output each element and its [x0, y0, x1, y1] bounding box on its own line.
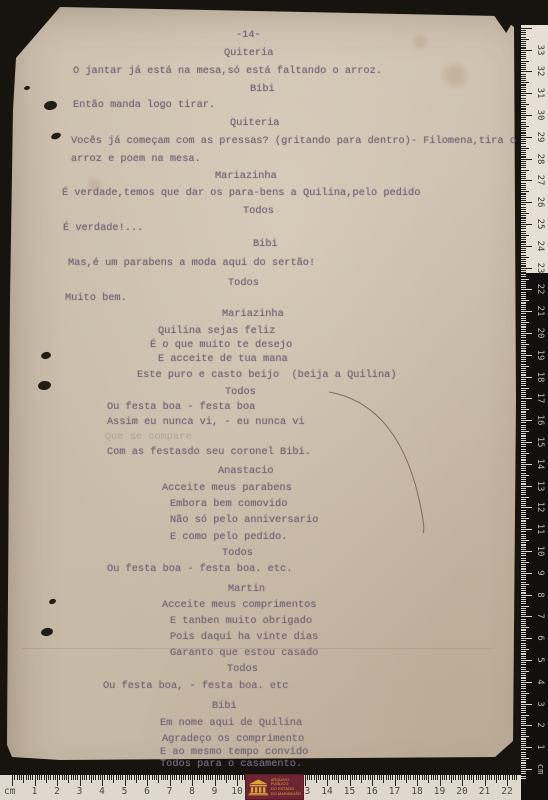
ruler-tick [521, 686, 526, 687]
ruler-tick [521, 662, 526, 663]
ruler-number: 20 [535, 328, 545, 339]
ruler-tick [521, 228, 526, 229]
ruler-tick [242, 775, 243, 780]
ruler-tick [521, 512, 526, 513]
ruler-tick [521, 342, 526, 343]
verse-line: Todos para o casamento. [160, 758, 302, 770]
ruler-tick [491, 775, 492, 780]
ruler-tick [521, 723, 526, 724]
ruler-tick [521, 640, 526, 641]
ruler-tick [521, 346, 526, 347]
ruler-tick [521, 159, 532, 160]
ruler-tick [521, 124, 526, 125]
ruler-tick [102, 775, 103, 786]
ruler-tick [521, 483, 526, 484]
ruler-tick [37, 775, 38, 780]
ruler-tick [521, 246, 532, 247]
ruler-tick [521, 56, 526, 57]
ruler-tick [453, 775, 454, 780]
ruler-tick [521, 588, 526, 589]
ruler-tick [521, 217, 526, 218]
ruler-number: 21 [535, 306, 545, 317]
ruler-tick [521, 451, 526, 452]
character-cue: Bibi [250, 83, 275, 95]
ruler-tick [228, 775, 229, 780]
verse-line: Embora bem comovido [170, 498, 287, 510]
ruler-number: 19 [434, 786, 445, 797]
ruler-tick [521, 257, 529, 258]
ruler-tick [419, 775, 420, 780]
ruler-tick [521, 239, 526, 240]
ruler-tick [521, 688, 526, 689]
verse-line: Acceite meus comprimentos [162, 599, 316, 611]
ruler-tick [521, 660, 532, 661]
ruler-number: 10 [535, 546, 545, 557]
ruler-tick [521, 538, 526, 539]
ruler-tick [365, 775, 366, 780]
ruler-tick [521, 562, 529, 563]
ruler-tick [507, 775, 508, 786]
ruler-tick [521, 279, 529, 280]
ruler-tick [521, 74, 526, 75]
ruler-tick [498, 775, 499, 780]
ruler-tick [521, 407, 526, 408]
ruler-tick [521, 329, 526, 330]
ruler-tick [323, 775, 324, 780]
ruler-tick [442, 775, 443, 780]
ruler-tick [233, 775, 234, 780]
ruler-tick [521, 320, 526, 321]
ruler-tick [154, 775, 155, 780]
ruler-tick [75, 775, 76, 780]
ruler-tick [521, 422, 526, 423]
ruler-tick [215, 775, 216, 786]
ruler-tick [521, 156, 526, 157]
ruler-tick [521, 449, 526, 450]
ruler-number: 26 [535, 197, 545, 208]
ruler-tick [521, 202, 532, 203]
verse-line: E acceite de tua mana [158, 353, 288, 365]
ruler-tick [462, 775, 463, 786]
ruler-tick [521, 235, 529, 236]
ruler-tick [224, 775, 225, 780]
ruler-tick [521, 773, 526, 774]
ruler-tick [521, 621, 526, 622]
ruler-tick [521, 507, 532, 508]
ruler-tick [521, 514, 526, 515]
ruler-tick [350, 775, 351, 786]
ruler-tick [521, 161, 526, 162]
ruler-tick [521, 492, 526, 493]
ruler-tick [305, 775, 306, 786]
ruler-tick [521, 473, 526, 474]
verse-line: Ou festa boa, - festa boa. etc [103, 680, 288, 692]
verse-line: Garanto que estou casado [170, 647, 318, 659]
ruler-tick [521, 244, 526, 245]
ruler-tick [521, 215, 526, 216]
ruler-tick [521, 760, 526, 761]
ruler-tick [521, 268, 532, 269]
ruler-tick [521, 71, 532, 72]
ruler-tick [361, 775, 362, 783]
ruler-number: 33 [535, 44, 545, 55]
ruler-tick [359, 775, 360, 780]
ruler-tick [521, 627, 529, 628]
ruler-number: 6 [144, 786, 150, 797]
ruler-tick [521, 176, 526, 177]
ruler-tick [521, 503, 526, 504]
ruler-tick [521, 324, 526, 325]
ruler-tick [59, 775, 60, 780]
ruler-tick [521, 510, 526, 511]
ruler-tick [521, 597, 526, 598]
ruler-tick [521, 667, 526, 668]
ruler-tick [521, 93, 532, 94]
ruler-number: 15 [344, 786, 355, 797]
ruler-tick [521, 490, 526, 491]
ruler-number: 8 [189, 786, 195, 797]
ruler-tick [122, 775, 123, 780]
ruler-tick [354, 775, 355, 780]
ruler-number: 4 [99, 786, 105, 797]
ruler-tick [521, 706, 526, 707]
ruler-tick [521, 379, 526, 380]
character-cue: Bibi [212, 700, 237, 712]
ruler-tick [433, 775, 434, 780]
ruler-tick [521, 738, 526, 739]
ruler-tick [496, 775, 497, 783]
ruler-tick [188, 775, 189, 780]
ruler-tick [521, 220, 526, 221]
ruler-tick [521, 647, 526, 648]
ruler-tick [521, 141, 526, 142]
ruler-tick [145, 775, 146, 780]
ruler-tick [379, 775, 380, 780]
ruler-tick [521, 117, 526, 118]
ruler-tick [455, 775, 456, 780]
ruler-tick [172, 775, 173, 780]
ruler-tick [521, 710, 526, 711]
ruler-tick [521, 427, 526, 428]
ruler-tick [521, 355, 532, 356]
ruler-tick [521, 322, 529, 323]
ruler-tick [521, 30, 526, 31]
ruler-tick [521, 69, 526, 70]
ruler-tick [91, 775, 92, 783]
ruler-tick [217, 775, 218, 780]
ruler-tick [521, 612, 526, 613]
ruler-tick [131, 775, 132, 780]
ruler-tick [521, 204, 526, 205]
ruler-tick [521, 767, 526, 768]
ruler-tick [48, 775, 49, 780]
ruler-tick [521, 610, 526, 611]
ruler-tick [210, 775, 211, 780]
verse-line: Este puro e casto beijo (beija a Quilina… [137, 369, 397, 381]
dialogue-line: Vocês já começam com as pressas? (gritan… [71, 135, 516, 147]
ruler-tick [194, 775, 195, 780]
ruler-tick [73, 775, 74, 780]
ruler-tick [521, 505, 526, 506]
ruler-tick [521, 669, 526, 670]
ruler-tick [404, 775, 405, 780]
ruler-tick [521, 525, 526, 526]
verse-line: Quilina sejas feliz [158, 325, 275, 337]
ruler-tick [521, 429, 526, 430]
ruler-tick [521, 374, 526, 375]
ruler-tick [521, 745, 526, 746]
ruler-tick [521, 111, 526, 112]
ruler-tick [521, 420, 532, 421]
ruler-tick [521, 331, 526, 332]
ruler-tick [478, 775, 479, 780]
ruler-tick [521, 209, 526, 210]
ruler-tick [46, 775, 47, 783]
ruler-tick [521, 178, 526, 179]
ruler-tick [377, 775, 378, 780]
ruler-tick [521, 614, 526, 615]
dialogue-line: Muito bem. [65, 292, 127, 304]
character-cue: Todos [243, 205, 274, 217]
ruler-tick [521, 741, 526, 742]
ruler-tick [86, 775, 87, 780]
ruler-tick [521, 398, 532, 399]
ruler-tick [237, 775, 238, 786]
ruler-tick [521, 104, 529, 105]
ruler-tick [521, 778, 526, 779]
ruler-number: 18 [535, 371, 545, 382]
ruler-tick [460, 775, 461, 780]
ruler-tick [521, 302, 526, 303]
ruler-tick [521, 272, 526, 273]
ruler-tick [521, 348, 526, 349]
ruler-number: 21 [479, 786, 490, 797]
ruler-tick [345, 775, 346, 780]
ruler-tick [71, 775, 72, 780]
verse-line: Com as festasdo seu coronel Bibi. [107, 446, 311, 458]
ruler-tick [431, 775, 432, 780]
ruler-tick [521, 747, 532, 748]
ruler-tick [521, 453, 529, 454]
character-cue: Mariazinha [215, 170, 277, 182]
ruler-tick [521, 189, 526, 190]
ruler-tick [521, 191, 529, 192]
ruler-number: 24 [535, 240, 545, 251]
ruler-tick [521, 664, 526, 665]
ruler-tick [521, 28, 532, 29]
ruler-number: 8 [535, 592, 545, 597]
ruler-tick [129, 775, 130, 780]
ruler-tick [521, 634, 526, 635]
ruler-tick [521, 479, 526, 480]
ruler-tick [140, 775, 141, 780]
ruler-tick [521, 183, 526, 184]
ruler-tick [521, 61, 529, 62]
ruler-tick [381, 775, 382, 780]
ruler-tick [17, 775, 18, 780]
ruler-tick [521, 401, 526, 402]
ruler-tick [521, 340, 526, 341]
ruler-tick [469, 775, 470, 780]
scanned-photo: -14- Quiteria O jantar já está na mesa,s… [0, 0, 548, 800]
ruler-tick [521, 416, 526, 417]
character-cue: Todos [222, 547, 253, 559]
ruler-tick [521, 566, 526, 567]
ruler-tick [356, 775, 357, 780]
character-cue: Todos [225, 386, 256, 398]
ruler-tick [521, 743, 526, 744]
ruler-tick [521, 89, 526, 90]
ruler-tick [521, 462, 526, 463]
ruler-tick [521, 390, 526, 391]
ruler-tick [521, 466, 526, 467]
ruler-tick [521, 712, 526, 713]
ruler-tick [44, 775, 45, 780]
ruler-tick [521, 265, 526, 266]
ruler-tick [521, 224, 532, 225]
ruler-tick [521, 298, 526, 299]
verse-line: Não só pelo anniversario [170, 514, 318, 526]
ruler-tick [521, 575, 526, 576]
ruler-tick [320, 775, 321, 780]
ruler-tick [521, 501, 526, 502]
ruler-tick [521, 326, 526, 327]
ruler-tick [521, 294, 526, 295]
ruler-tick [514, 775, 515, 780]
ruler-tick [521, 152, 526, 153]
ruler-tick [521, 32, 526, 33]
page-number: -14- [236, 29, 261, 41]
ruler-tick [521, 287, 526, 288]
ruler-tick [334, 775, 335, 780]
ruler-tick [521, 606, 529, 607]
ruler-tick [219, 775, 220, 780]
ruler-tick [521, 250, 526, 251]
ruler-number: 3 [535, 701, 545, 706]
ruler-tick [521, 47, 526, 48]
ruler-tick [203, 775, 204, 783]
ruler-tick [521, 333, 532, 334]
ruler-number: 31 [535, 88, 545, 99]
ruler-number: 32 [535, 66, 545, 77]
ruler-tick [521, 285, 526, 286]
ruler-tick [57, 775, 58, 786]
ruler-number: 5 [535, 657, 545, 662]
ruler-tick [521, 344, 529, 345]
ruler-tick [521, 296, 526, 297]
ruler-tick [197, 775, 198, 780]
ruler-tick [521, 337, 526, 338]
ruler-tick [521, 529, 532, 530]
ruler-tick [406, 775, 407, 783]
ruler-number: 29 [535, 131, 545, 142]
ruler-tick [386, 775, 387, 780]
ruler-tick [185, 775, 186, 780]
character-cue: Martin [228, 583, 265, 595]
verse-line: Assim eu nunca vi, - eu nunca vi [107, 416, 305, 428]
ruler-tick [516, 775, 517, 780]
ruler-tick [521, 84, 526, 85]
verse-line: E ao mesmo tempo convido [160, 746, 308, 758]
ruler-tick [163, 775, 164, 780]
ruler-tick [521, 431, 529, 432]
ruler-tick [521, 180, 532, 181]
ruler-tick [521, 579, 526, 580]
ruler-tick [521, 536, 526, 537]
ruler-number: 2 [535, 723, 545, 728]
ruler-tick [521, 734, 526, 735]
ruler-tick [521, 34, 526, 35]
verse-line: É o que muito te desejo [150, 339, 292, 351]
ruler-tick [521, 725, 532, 726]
ruler-tick [521, 542, 526, 543]
ruler-tick [521, 274, 526, 275]
ruler-tick [521, 377, 532, 378]
ruler-tick [26, 775, 27, 780]
ruler-tick [206, 775, 207, 780]
ruler-tick [521, 300, 529, 301]
ruler-number: 27 [535, 175, 545, 186]
ruler-tick [374, 775, 375, 780]
ruler-tick [521, 233, 526, 234]
ruler-tick [521, 592, 526, 593]
verse-line: Ou festa boa - festa boa [107, 401, 255, 413]
ruler-tick [521, 762, 526, 763]
ruler-tick [336, 775, 337, 780]
ruler-tick [521, 499, 526, 500]
ruler-tick [521, 383, 526, 384]
ruler-tick [62, 775, 63, 780]
ruler-tick [521, 673, 526, 674]
character-cue: Todos [227, 663, 258, 675]
ruler-tick [521, 170, 529, 171]
ruler-tick [521, 516, 526, 517]
ruler-tick [192, 775, 193, 786]
ruler-tick [521, 470, 526, 471]
ruler-tick [521, 231, 526, 232]
dialogue-line: É verdade,temos que dar os para-bens a Q… [62, 187, 420, 199]
ruler-tick [521, 549, 526, 550]
ruler-tick [113, 775, 114, 783]
ruler-tick [521, 100, 526, 101]
ruler-tick [235, 775, 236, 780]
ruler-tick [521, 139, 526, 140]
ruler-tick [521, 623, 526, 624]
ruler-tick [332, 775, 333, 780]
ruler-tick [352, 775, 353, 780]
ruler-tick [521, 571, 526, 572]
ruler-tick [521, 241, 526, 242]
ruler-tick [239, 775, 240, 780]
ruler-tick [170, 775, 171, 786]
ruler-tick [521, 222, 526, 223]
ruler-tick [521, 704, 532, 705]
ruler-tick [521, 154, 526, 155]
ruler-tick [325, 775, 326, 780]
ruler-tick [147, 775, 148, 786]
ruler-number: 16 [535, 415, 545, 426]
ruler-tick [521, 392, 526, 393]
ruler-tick [521, 477, 526, 478]
ruler-tick [156, 775, 157, 780]
character-cue: Quiteria [230, 117, 279, 129]
ruler-tick [435, 775, 436, 780]
ruler-tick [521, 675, 526, 676]
ruler-tick [521, 715, 529, 716]
ruler-tick [521, 518, 529, 519]
ruler-tick [521, 193, 526, 194]
ruler-tick [521, 305, 526, 306]
